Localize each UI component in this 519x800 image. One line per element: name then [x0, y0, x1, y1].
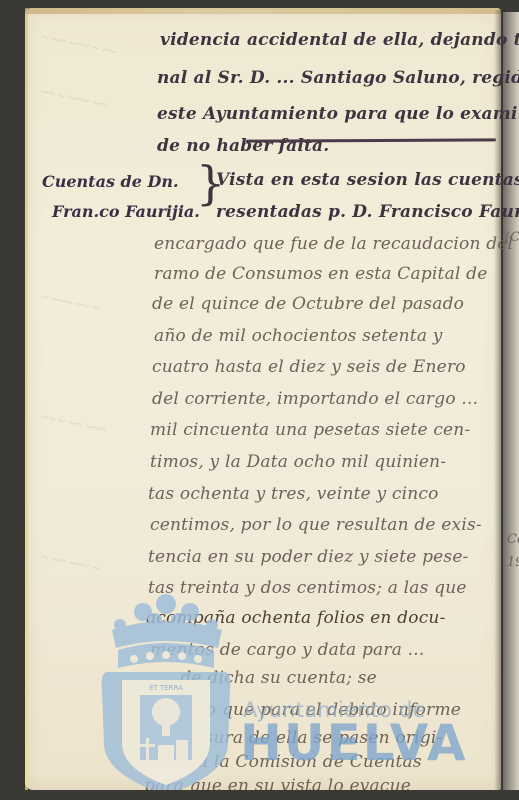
margin-note-line: Fran.co Faurijia. [52, 202, 200, 221]
manuscript-line: año de mil ochocientos setenta y [154, 326, 443, 346]
adjacent-page-fragment: Co [507, 532, 519, 547]
adjacent-page-fragment: (Co [505, 230, 519, 245]
manuscript-line: tencia en su poder diez y siete pese- [148, 547, 469, 567]
paper-edge-stain [25, 8, 501, 14]
manuscript-line: nal al Sr. D. ... Santiago Saluno, regid… [157, 68, 519, 88]
manuscript-line: y censura de ella se pasen origi- [158, 728, 443, 748]
manuscript-line: timos, y la Data ocho mil quinien- [150, 452, 446, 472]
manuscript-line: tas treinta y dos centimos; a las que [148, 578, 467, 598]
manuscript-line: cuatro hasta el diez y seis de Enero [152, 357, 466, 377]
manuscript-line: resentadas p. D. Francisco Faurijia como [216, 202, 519, 222]
manuscript-line: de el quince de Octubre del pasado [152, 294, 464, 314]
manuscript-line: nales a la Comision de Cuentas [146, 752, 422, 772]
manuscript-line: videncia accidental de ella, dejando tod… [160, 30, 519, 50]
manuscript-line: acordo que para el debido informe [156, 700, 461, 720]
manuscript-line: este Ayuntamiento para que lo examine [157, 104, 519, 124]
manuscript-line: del corriente, importando el cargo ... [152, 389, 478, 409]
manuscript-line: ... de dicha su cuenta; se [158, 668, 377, 688]
manuscript-line: encargado que fue de la recaudacion del [154, 234, 513, 254]
scanned-document-viewer: ~ ~~ ~~~ ~ ~~ ~~ ~ ~~~ ~~ ~ ~~~ ~~ ~ ~~ … [0, 0, 519, 800]
adjacent-page-fragment: 19 [507, 555, 519, 570]
manuscript-line: mentos de cargo y data para ... [150, 640, 424, 660]
margin-note-line: Cuentas de Dn. [42, 172, 179, 191]
manuscript-line: mil cincuenta una pesetas siete cen- [150, 420, 470, 440]
manuscript-line: tas ochenta y tres, veinte y cinco [148, 484, 439, 504]
manuscript-line: ramo de Consumos en esta Capital de [154, 264, 488, 284]
manuscript-line: acompaña ochenta folios en docu- [146, 608, 446, 628]
manuscript-line: centimos, por lo que resultan de exis- [150, 515, 482, 535]
manuscript-line: Vista en esta sesion las cuentas p [216, 170, 519, 190]
adjacent-page-edge [503, 12, 519, 790]
scan-bottom-edge [0, 790, 519, 800]
